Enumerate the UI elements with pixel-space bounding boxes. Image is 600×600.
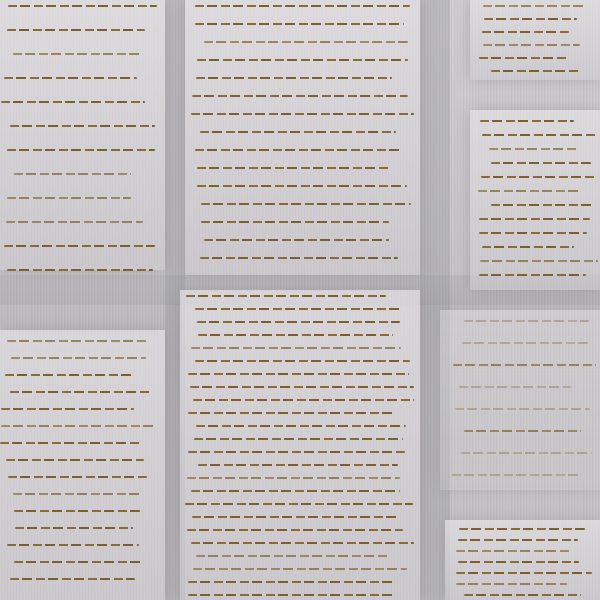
handwriting-stroke xyxy=(14,561,144,563)
handwriting-stroke xyxy=(188,412,396,414)
handwriting-stroke xyxy=(197,185,407,187)
handwriting-stroke xyxy=(455,408,590,410)
handwriting-stroke xyxy=(13,493,140,495)
script-panel-top-left xyxy=(0,0,165,270)
handwriting-stroke xyxy=(6,221,143,223)
handwriting-stroke xyxy=(186,295,386,297)
handwriting-stroke xyxy=(14,510,140,512)
handwriting-stroke xyxy=(194,438,403,440)
handwriting-stroke xyxy=(200,257,399,259)
handwriting-stroke xyxy=(195,308,403,310)
handwriting-stroke xyxy=(195,360,410,362)
handwriting-stroke xyxy=(459,528,585,530)
handwriting-stroke xyxy=(195,149,402,151)
handwriting-stroke xyxy=(204,239,389,241)
handwriting-stroke xyxy=(5,374,132,376)
script-panel-bottom-center xyxy=(180,290,420,600)
handwriting-stroke xyxy=(479,57,568,59)
handwriting-stroke xyxy=(195,5,410,7)
handwriting-stroke xyxy=(193,399,414,401)
handwriting-stroke xyxy=(196,77,392,79)
handwriting-stroke xyxy=(4,245,155,247)
handwriting-stroke xyxy=(452,474,579,476)
handwriting-stroke xyxy=(491,204,594,206)
handwriting-stroke xyxy=(482,31,569,33)
handwriting-stroke xyxy=(456,583,568,585)
handwriting-stroke xyxy=(191,490,400,492)
handwriting-stroke xyxy=(462,342,588,344)
handwriting-stroke xyxy=(458,561,579,563)
handwriting-stroke xyxy=(7,544,138,546)
handwriting-stroke xyxy=(0,442,142,444)
handwriting-stroke xyxy=(204,41,408,43)
handwriting-stroke xyxy=(464,594,582,596)
handwriting-stroke xyxy=(464,430,582,432)
handwriting-stroke xyxy=(483,44,580,46)
handwriting-stroke xyxy=(191,542,414,544)
handwriting-stroke xyxy=(193,568,407,570)
handwriting-stroke xyxy=(456,550,570,552)
handwriting-stroke xyxy=(8,476,147,478)
script-panel-right-faded xyxy=(440,310,600,490)
handwriting-stroke xyxy=(482,246,574,248)
handwriting-stroke xyxy=(10,391,152,393)
handwriting-stroke xyxy=(6,459,144,461)
handwriting-stroke xyxy=(10,578,136,580)
handwriting-stroke xyxy=(198,334,393,336)
handwriting-stroke xyxy=(197,59,408,61)
handwriting-stroke xyxy=(14,173,131,175)
handwriting-stroke xyxy=(453,364,596,366)
handwriting-stroke xyxy=(192,516,399,518)
handwriting-wallpaper xyxy=(0,0,600,600)
handwriting-stroke xyxy=(7,269,153,271)
handwriting-stroke xyxy=(197,321,400,323)
handwriting-stroke xyxy=(8,5,156,7)
handwriting-stroke xyxy=(15,527,134,529)
handwriting-stroke xyxy=(458,539,578,541)
handwriting-stroke xyxy=(483,5,587,7)
handwriting-stroke xyxy=(201,203,411,205)
handwriting-stroke xyxy=(491,70,580,72)
handwriting-stroke xyxy=(464,320,588,322)
handwriting-stroke xyxy=(484,18,578,20)
handwriting-stroke xyxy=(195,23,404,25)
handwriting-stroke xyxy=(489,148,577,150)
handwriting-stroke xyxy=(461,452,592,454)
handwriting-stroke xyxy=(480,120,574,122)
handwriting-stroke xyxy=(188,594,396,596)
handwriting-stroke xyxy=(188,581,393,583)
script-panel-top-right xyxy=(470,0,600,80)
handwriting-stroke xyxy=(7,29,145,31)
handwriting-stroke xyxy=(1,408,133,410)
handwriting-stroke xyxy=(482,134,597,136)
handwriting-stroke xyxy=(7,340,147,342)
handwriting-stroke xyxy=(198,464,398,466)
handwriting-stroke xyxy=(479,274,586,276)
handwriting-stroke xyxy=(13,53,142,55)
handwriting-stroke xyxy=(201,221,389,223)
handwriting-stroke xyxy=(196,555,390,557)
handwriting-stroke xyxy=(187,529,403,531)
handwriting-stroke xyxy=(7,149,154,151)
handwriting-stroke xyxy=(4,77,136,79)
handwriting-stroke xyxy=(459,386,571,388)
handwriting-stroke xyxy=(479,218,590,220)
handwriting-stroke xyxy=(197,167,390,169)
handwriting-stroke xyxy=(191,347,401,349)
handwriting-stroke xyxy=(1,101,145,103)
handwriting-stroke xyxy=(481,176,597,178)
handwriting-stroke xyxy=(192,95,408,97)
handwriting-stroke xyxy=(10,125,155,127)
handwriting-stroke xyxy=(11,357,146,359)
handwriting-stroke xyxy=(188,373,409,375)
handwriting-stroke xyxy=(480,260,598,262)
handwriting-stroke xyxy=(478,190,582,192)
handwriting-stroke xyxy=(190,386,415,388)
handwriting-stroke xyxy=(479,232,587,234)
script-panel-bottom-right xyxy=(445,520,600,600)
script-panel-mid-right xyxy=(470,110,600,290)
handwriting-stroke xyxy=(491,162,591,164)
handwriting-stroke xyxy=(187,477,400,479)
script-panel-bottom-left xyxy=(0,330,165,600)
handwriting-stroke xyxy=(191,113,413,115)
handwriting-stroke xyxy=(185,503,413,505)
handwriting-stroke xyxy=(196,425,406,427)
handwriting-stroke xyxy=(7,197,132,199)
handwriting-stroke xyxy=(1,425,154,427)
handwriting-stroke xyxy=(456,572,593,574)
handwriting-stroke xyxy=(200,131,395,133)
handwriting-stroke xyxy=(188,451,405,453)
